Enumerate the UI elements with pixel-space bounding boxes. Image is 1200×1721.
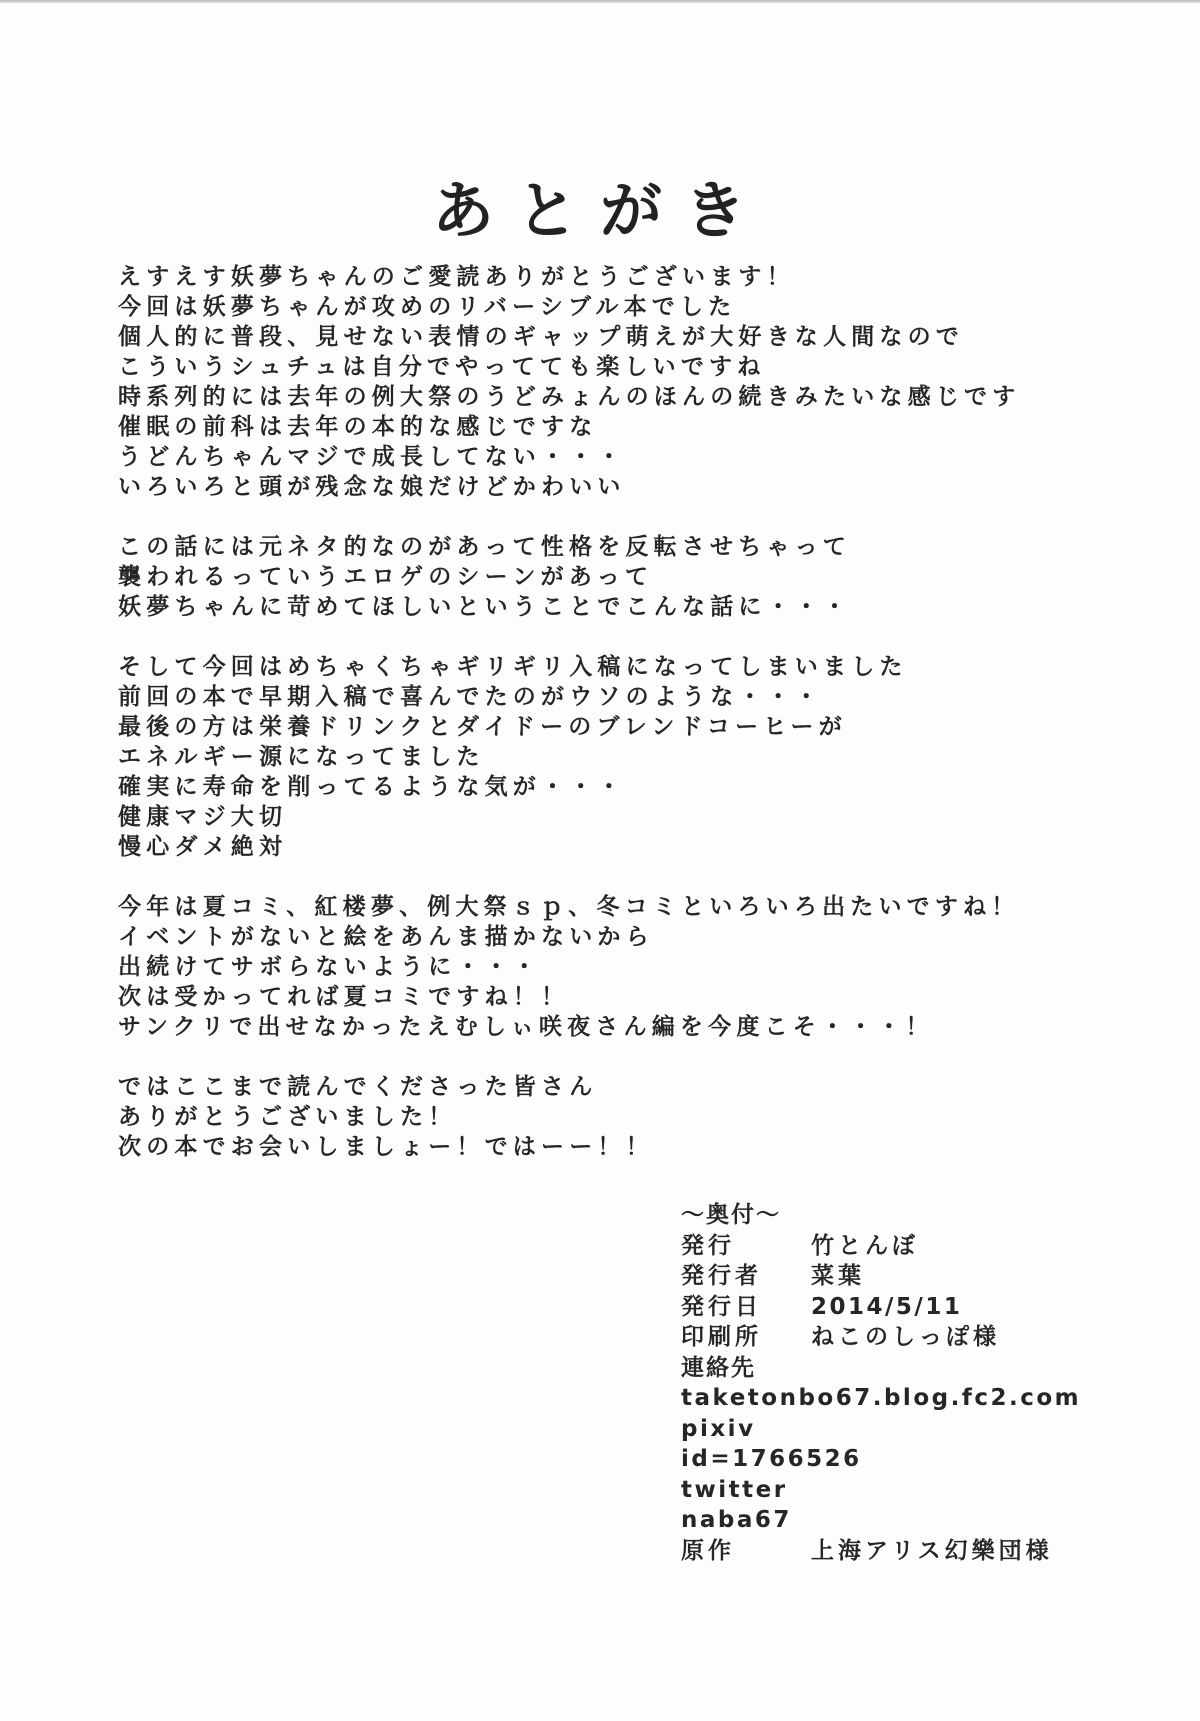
text-line: 前回の本で早期入稿で喜んでたのがウソのような・・・ <box>118 682 1118 712</box>
text-line: 襲われるっていうエロゲのシーンがあって <box>118 562 1118 592</box>
paragraph-origin: この話には元ネタ的なのがあって性格を反転させちゃって 襲われるっていうエロゲのシ… <box>118 532 1118 622</box>
text-line: 出続けてサボらないように・・・ <box>118 952 1118 982</box>
text-line: 最後の方は栄養ドリンクとダイドーのブレンドコーヒーが <box>118 712 1118 742</box>
twitter-handle: naba67 <box>681 1505 1121 1536</box>
text-line: この話には元ネタ的なのがあって性格を反転させちゃって <box>118 532 1118 562</box>
text-line: えすえす妖夢ちゃんのご愛読ありがとうございます！ <box>118 262 1118 292</box>
text-line: 慢心ダメ絶対 <box>118 832 1118 862</box>
author-label: 発行者 <box>681 1261 811 1292</box>
original-value: 上海アリス幻樂団様 <box>811 1536 1053 1567</box>
colophon: ～奥付～ 発行 竹とんぼ 発行者 菜葉 発行日 2014/5/11 印刷所 ねこ… <box>681 1200 1121 1566</box>
text-line: 個人的に普段、見せない表情のギャップ萌えが大好きな人間なので <box>118 322 1118 352</box>
colophon-original: 原作 上海アリス幻樂団様 <box>681 1536 1121 1567</box>
twitter-label: twitter <box>681 1475 1121 1506</box>
text-line: エネルギー源になってました <box>118 742 1118 772</box>
text-line: 今回は妖夢ちゃんが攻めのリバーシブル本でした <box>118 292 1118 322</box>
text-line: 次の本でお会いしましょー！ではーー！！ <box>118 1132 1118 1162</box>
scan-edge <box>0 0 1200 3</box>
colophon-author: 発行者 菜葉 <box>681 1261 1121 1292</box>
paragraph-thanks: えすえす妖夢ちゃんのご愛読ありがとうございます！ 今回は妖夢ちゃんが攻めのリバー… <box>118 262 1118 502</box>
publisher-label: 発行 <box>681 1231 811 1262</box>
text-line: 妖夢ちゃんに苛めてほしいということでこんな話に・・・ <box>118 592 1118 622</box>
text-line: サンクリで出せなかったえむしぃ咲夜さん編を今度こそ・・・！ <box>118 1012 1118 1042</box>
afterword-body: えすえす妖夢ちゃんのご愛読ありがとうございます！ 今回は妖夢ちゃんが攻めのリバー… <box>118 262 1118 1192</box>
blog-url: taketonbo67.blog.fc2.com <box>681 1383 1121 1414</box>
text-line: こういうシュチュは自分でやってても楽しいですね <box>118 352 1118 382</box>
text-line: そして今回はめちゃくちゃギリギリ入稿になってしまいました <box>118 652 1118 682</box>
colophon-date: 発行日 2014/5/11 <box>681 1292 1121 1323</box>
pixiv-label: pixiv <box>681 1414 1121 1445</box>
text-line: 次は受かってれば夏コミですね！！ <box>118 982 1118 1012</box>
colophon-printer: 印刷所 ねこのしっぽ様 <box>681 1322 1121 1353</box>
publisher-value: 竹とんぼ <box>811 1231 919 1262</box>
text-line: 健康マジ大切 <box>118 802 1118 832</box>
text-line: 時系列的には去年の例大祭のうどみょんのほんの続きみたいな感じです <box>118 382 1118 412</box>
colophon-publisher: 発行 竹とんぼ <box>681 1231 1121 1262</box>
author-value: 菜葉 <box>811 1261 865 1292</box>
text-line: いろいろと頭が残念な娘だけどかわいい <box>118 472 1118 502</box>
text-line: 今年は夏コミ、紅楼夢、例大祭ｓｐ、冬コミといろいろ出たいですね！ <box>118 892 1118 922</box>
text-line: 確実に寿命を削ってるような気が・・・ <box>118 772 1118 802</box>
text-line: ではここまで読んでくださった皆さん <box>118 1072 1118 1102</box>
date-value: 2014/5/11 <box>811 1292 962 1323</box>
paragraph-deadline: そして今回はめちゃくちゃギリギリ入稿になってしまいました 前回の本で早期入稿で喜… <box>118 652 1118 862</box>
paragraph-closing: ではここまで読んでくださった皆さん ありがとうございました！ 次の本でお会いしま… <box>118 1072 1118 1162</box>
colophon-heading: ～奥付～ <box>681 1200 1121 1231</box>
contact-label: 連絡先 <box>681 1353 1121 1384</box>
original-label: 原作 <box>681 1536 811 1567</box>
page-title: あとがき <box>0 180 1200 242</box>
text-line: イベントがないと絵をあんま描かないから <box>118 922 1118 952</box>
text-line: うどんちゃんマジで成長してない・・・ <box>118 442 1118 472</box>
text-line: 催眠の前科は去年の本的な感じですな <box>118 412 1118 442</box>
text-line: ありがとうございました！ <box>118 1102 1118 1132</box>
printer-label: 印刷所 <box>681 1322 811 1353</box>
date-label: 発行日 <box>681 1292 811 1323</box>
paragraph-plans: 今年は夏コミ、紅楼夢、例大祭ｓｐ、冬コミといろいろ出たいですね！ イベントがない… <box>118 892 1118 1042</box>
pixiv-id: id=1766526 <box>681 1444 1121 1475</box>
printer-value: ねこのしっぽ様 <box>811 1322 1000 1353</box>
